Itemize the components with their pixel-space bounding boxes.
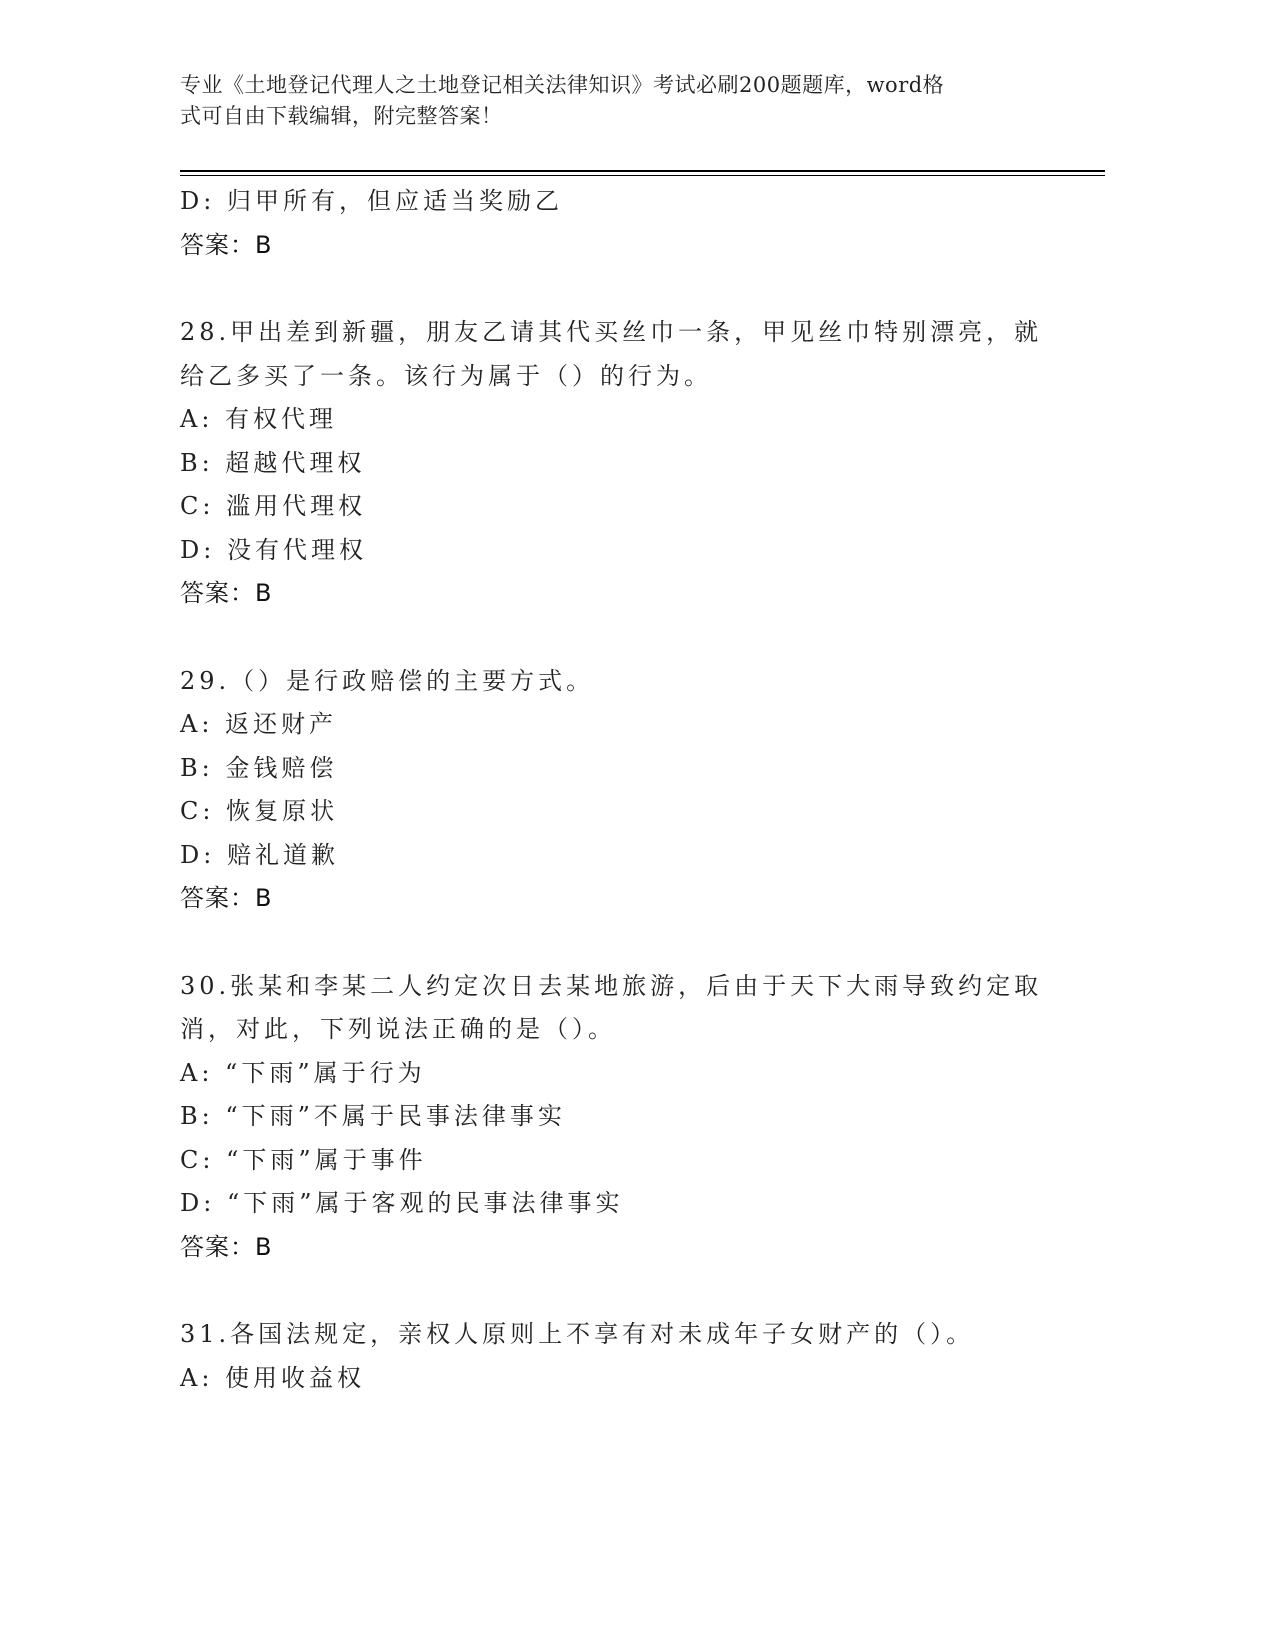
answer: 答案：B [180, 224, 1040, 268]
option-b: B: 超越代理权 [180, 442, 1040, 486]
question-28: 28.甲出差到新疆，朋友乙请其代买丝巾一条，甲见丝巾特别漂亮，就 给乙多买了一条… [180, 311, 1040, 616]
option-a: A: 使用收益权 [180, 1357, 1040, 1401]
option-c: C: 滥用代理权 [180, 485, 1040, 529]
header-line-2: 式可自由下载编辑，附完整答案！ [180, 101, 1030, 132]
header-rule-thick [180, 170, 1105, 172]
option-a: A: 返还财产 [180, 703, 1040, 747]
option-b: B: “下雨”不属于民事法律事实 [180, 1095, 1040, 1139]
option-a: A: “下雨”属于行为 [180, 1052, 1040, 1096]
option-b: B: 金钱赔偿 [180, 747, 1040, 791]
question-stem: 29.（）是行政赔偿的主要方式。 [180, 660, 1040, 704]
option-c: C: 恢复原状 [180, 790, 1040, 834]
answer: 答案：B [180, 877, 1040, 921]
document-body: D: 归甲所有，但应适当奖励乙 答案：B 28.甲出差到新疆，朋友乙请其代买丝巾… [180, 180, 1040, 1400]
question-31: 31.各国法规定，亲权人原则上不享有对未成年子女财产的（）。 A: 使用收益权 [180, 1313, 1040, 1400]
answer: 答案：B [180, 1226, 1040, 1270]
header-line-1: 专业《土地登记代理人之土地登记相关法律知识》考试必刷200题题库，word格 [180, 70, 1030, 101]
question-29: 29.（）是行政赔偿的主要方式。 A: 返还财产 B: 金钱赔偿 C: 恢复原状… [180, 660, 1040, 921]
document-header: 专业《土地登记代理人之土地登记相关法律知识》考试必刷200题题库，word格 式… [180, 70, 1030, 132]
question-stem: 30.张某和李某二人约定次日去某地旅游，后由于天下大雨导致约定取 [180, 965, 1040, 1009]
option-d: D: 没有代理权 [180, 529, 1040, 573]
question-stem: 消，对此，下列说法正确的是（）。 [180, 1008, 1040, 1052]
option-d: D: 赔礼道歉 [180, 834, 1040, 878]
option-d: D: “下雨”属于客观的民事法律事实 [180, 1182, 1040, 1226]
answer: 答案：B [180, 572, 1040, 616]
option-d: D: 归甲所有，但应适当奖励乙 [180, 180, 1040, 224]
option-a: A: 有权代理 [180, 398, 1040, 442]
question-stem: 给乙多买了一条。该行为属于（）的行为。 [180, 355, 1040, 399]
header-rule-thin [180, 175, 1105, 176]
option-c: C: “下雨”属于事件 [180, 1139, 1040, 1183]
question-stem: 31.各国法规定，亲权人原则上不享有对未成年子女财产的（）。 [180, 1313, 1040, 1357]
question-30: 30.张某和李某二人约定次日去某地旅游，后由于天下大雨导致约定取 消，对此，下列… [180, 965, 1040, 1270]
question-stem: 28.甲出差到新疆，朋友乙请其代买丝巾一条，甲见丝巾特别漂亮，就 [180, 311, 1040, 355]
